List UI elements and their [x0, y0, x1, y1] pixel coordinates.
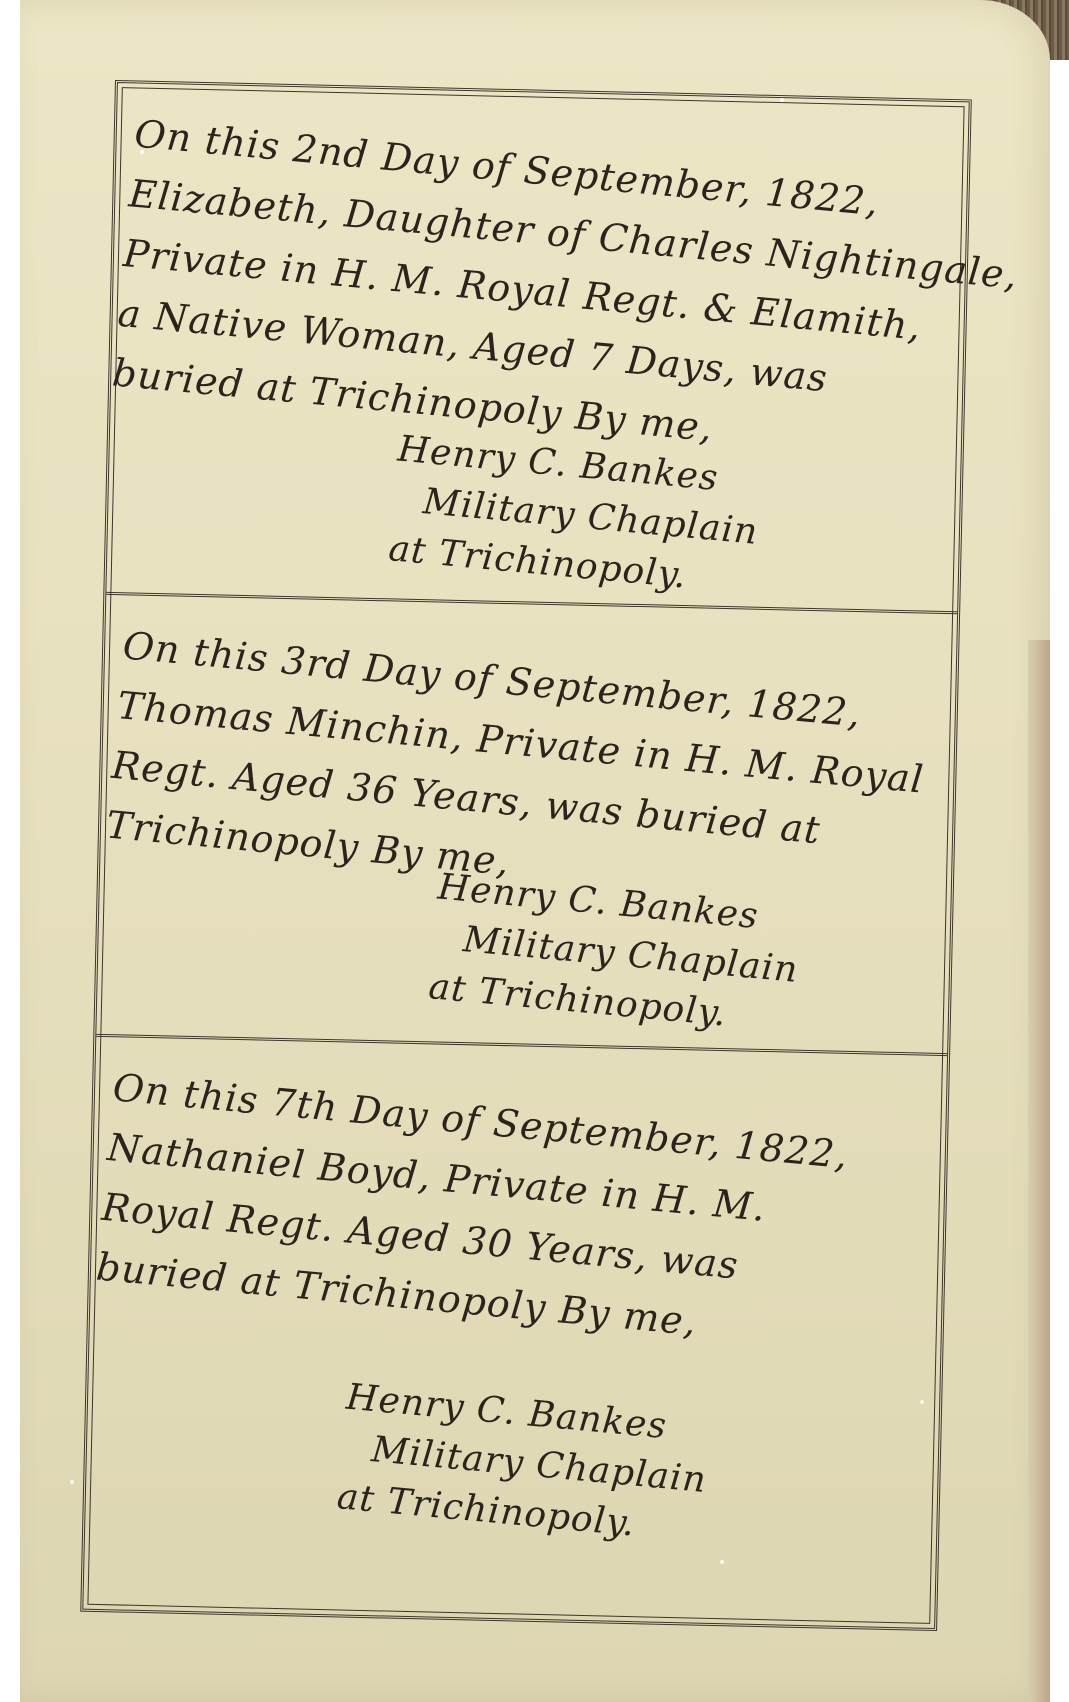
burial-entry-3: On this 7th Day of September, 1822, Nath…: [83, 1037, 947, 1622]
burial-entry-2: On this 3rd Day of September, 1822, Thom…: [96, 595, 957, 1056]
entry-body: On this 7th Day of September, 1822, Nath…: [94, 1057, 851, 1364]
glare-speck: [70, 1480, 74, 1484]
glare-speck: [720, 1560, 724, 1564]
burial-entry-1: On this 2nd Day of September, 1822, Eliz…: [106, 83, 968, 614]
ruled-frame: On this 2nd Day of September, 1822, Eliz…: [80, 80, 972, 1631]
glare-speck: [780, 98, 784, 102]
glare-speck: [140, 150, 144, 154]
entry-body: On this 2nd Day of September, 1822, Eliz…: [110, 104, 1026, 485]
register-page: On this 2nd Day of September, 1822, Eliz…: [20, 0, 1050, 1702]
page-edge: [1028, 640, 1050, 1702]
glare-speck: [920, 1400, 924, 1404]
signature-block: Henry C. Bankes Military Chaplain at Tri…: [335, 1373, 714, 1556]
